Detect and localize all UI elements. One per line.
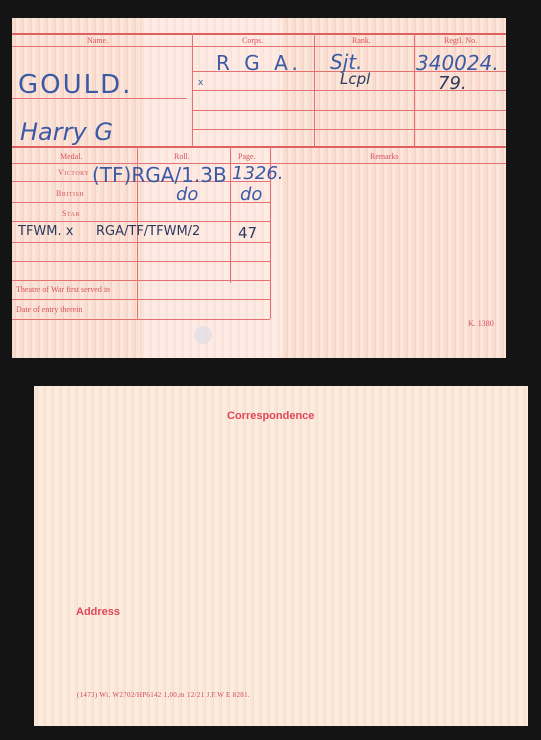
handwritten-forenames: Harry G [20, 118, 113, 146]
rule [12, 299, 270, 300]
regtl-no-header: Regtl. No. [444, 36, 477, 45]
rule [12, 46, 506, 47]
theatre-label: Theatre of War first served in [16, 285, 110, 294]
medal-row-victory: Victory [58, 168, 89, 177]
form-number: K. 1380 [468, 319, 494, 328]
medal-row-british: British [56, 189, 84, 198]
corps-header: Corps. [242, 36, 263, 45]
handwritten-victory-roll: (TF)RGA/1.3B [92, 163, 227, 187]
printer-imprint: (1473) Wt. W2702/HP6142 1,00,m 12/21 J.F… [77, 691, 250, 699]
rule [314, 33, 315, 146]
handwritten-regtl-no-1: 340024. [416, 51, 499, 75]
handwritten-corps: R G A. [216, 51, 302, 75]
rule [12, 33, 506, 35]
rule [12, 280, 270, 281]
rule [192, 129, 506, 130]
address-label: Address [76, 606, 120, 618]
rule [414, 33, 415, 146]
correspondence-heading: Correspondence [227, 410, 314, 422]
medal-index-card-front: Name. Corps. Rank. Regtl. No. Medal. Rol… [12, 18, 506, 358]
medal-header: Medal. [60, 152, 82, 161]
medal-index-card-back: Correspondence Address (1473) Wt. W2702/… [34, 386, 528, 726]
rule [12, 202, 270, 203]
handwritten-british-page: do [240, 184, 262, 205]
faint-stamp [194, 326, 212, 344]
handwritten-twm-medal: TFWM. x [18, 224, 73, 239]
rule [12, 146, 506, 148]
rule [12, 221, 270, 222]
name-header: Name. [87, 36, 108, 45]
handwritten-corps-mark: x [198, 78, 203, 88]
rule [12, 261, 270, 262]
handwritten-twm-roll: RGA/TF/TFWM/2 [96, 224, 200, 239]
handwritten-british-roll: do [176, 184, 198, 205]
rank-header: Rank. [352, 36, 371, 45]
rule [12, 319, 270, 320]
medal-row-star: Star [62, 209, 80, 218]
handwritten-victory-page: 1326. [232, 163, 284, 184]
rule [230, 146, 231, 283]
rule [12, 242, 270, 243]
remarks-header: Remarks [370, 152, 398, 161]
handwritten-rank-2: Lcpl [340, 70, 370, 88]
handwritten-surname: GOULD. [18, 70, 132, 100]
page-header: Page. [238, 152, 256, 161]
date-of-entry-label: Date of entry therein [16, 305, 82, 314]
rule [192, 110, 506, 111]
rule [192, 33, 193, 146]
handwritten-regtl-no-2: 79. [438, 73, 467, 94]
handwritten-twm-page: 47 [238, 224, 257, 242]
roll-header: Roll. [174, 152, 190, 161]
